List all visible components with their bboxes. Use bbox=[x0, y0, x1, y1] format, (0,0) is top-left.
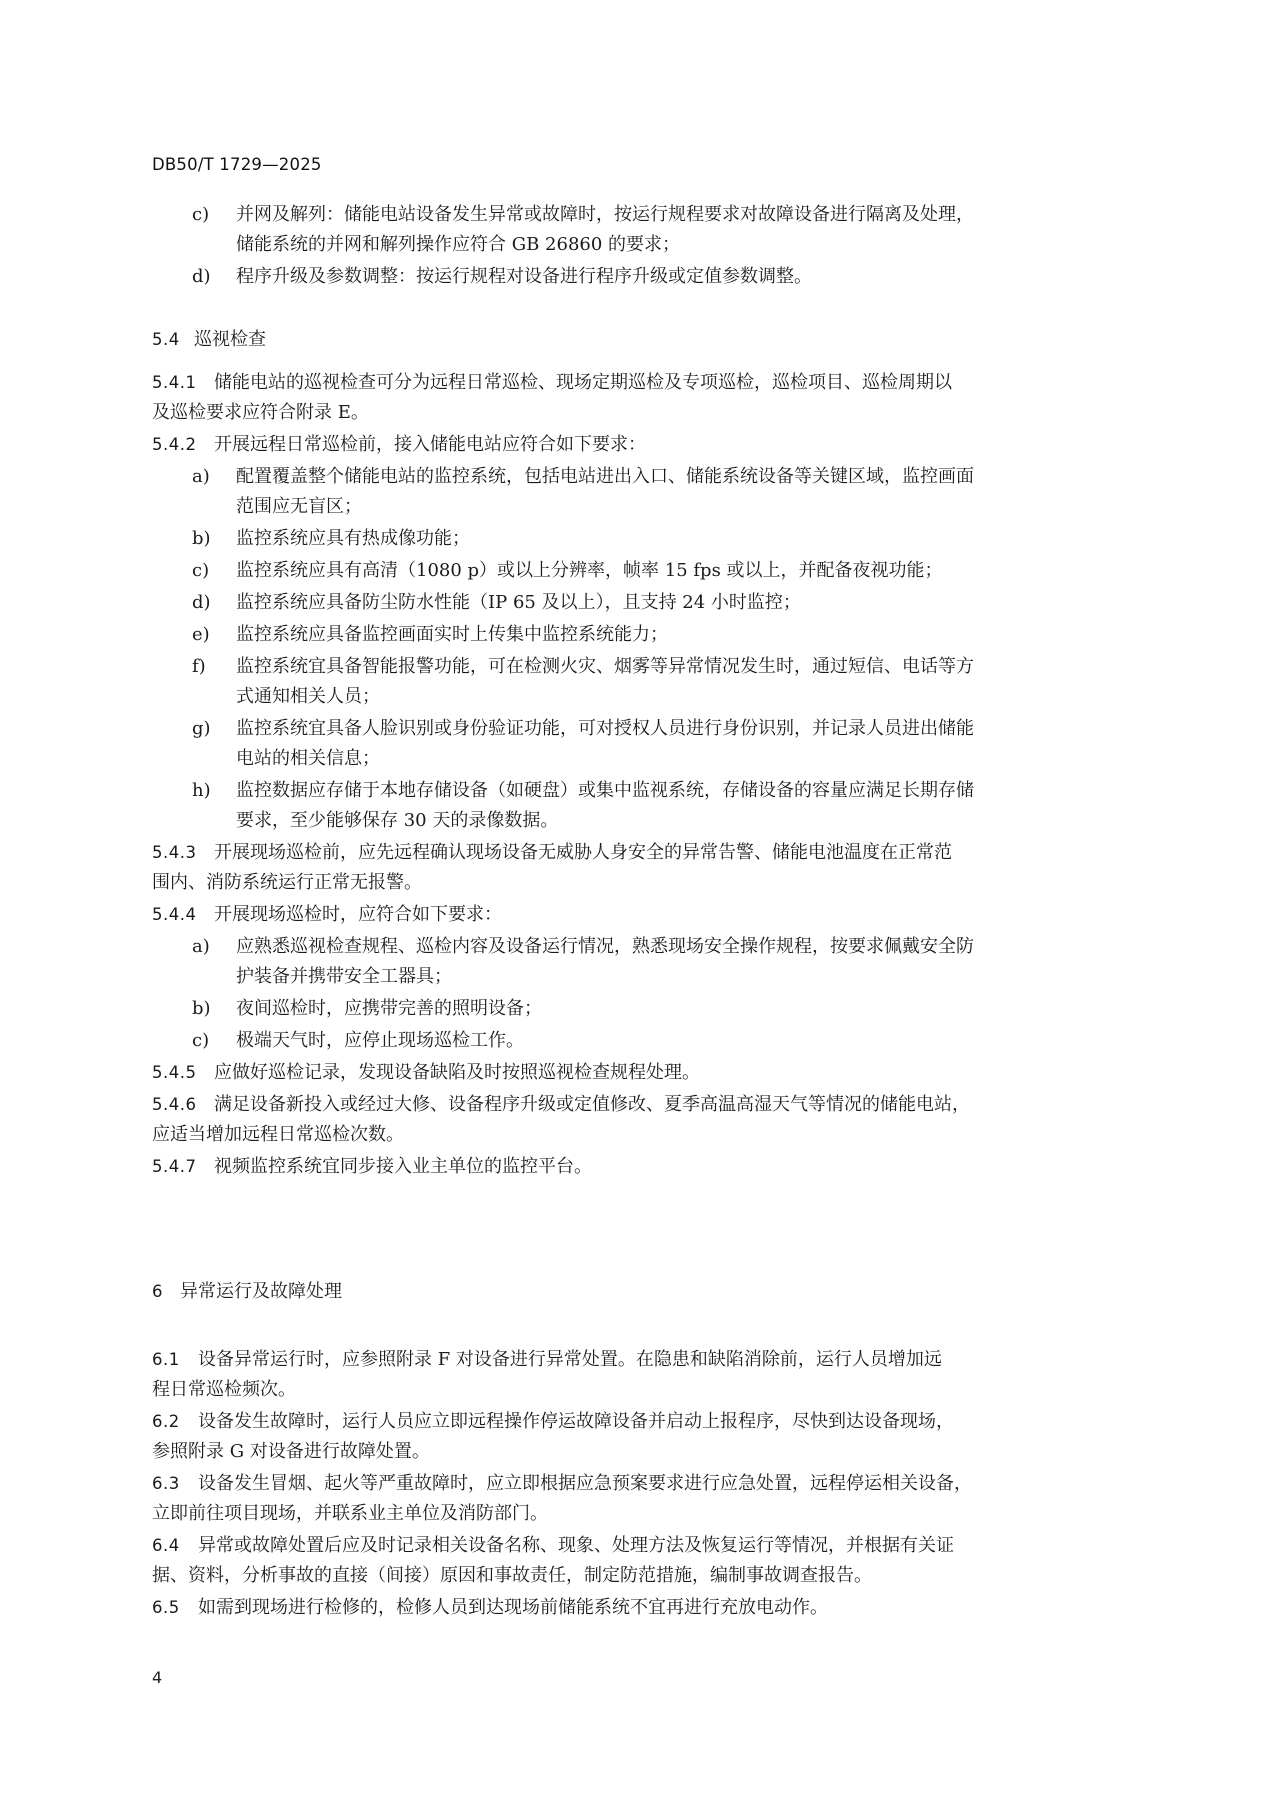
clause-number: 5.4.6 bbox=[152, 1090, 214, 1120]
list-label: c) bbox=[192, 200, 209, 230]
list-text: 监控系统应具备防尘防水性能（IP 65 及以上），且支持 24 小时监控； bbox=[236, 588, 801, 618]
section-title: 巡视检查 bbox=[194, 329, 266, 350]
list-text: 应熟悉巡视检查规程、巡检内容及设备运行情况，熟悉现场安全操作规程，按要求佩戴安全… bbox=[236, 932, 974, 962]
list-label: d) bbox=[192, 588, 211, 618]
clause-text: 开展现场巡检前，应先远程确认现场设备无威胁人身安全的异常告警、储能电池温度在正常… bbox=[214, 842, 952, 863]
list-label: b) bbox=[192, 524, 211, 554]
clause-number: 5.4.4 bbox=[152, 900, 214, 930]
clause-number: 6.5 bbox=[152, 1593, 198, 1623]
section-number: 5.4 bbox=[152, 325, 194, 355]
list-text: 要求，至少能够保存 30 天的录像数据。 bbox=[236, 806, 558, 836]
list-label: f) bbox=[192, 652, 206, 682]
list-text: 式通知相关人员； bbox=[236, 682, 380, 712]
list-text: 夜间巡检时，应携带完善的照明设备； bbox=[236, 994, 542, 1024]
clause-text: 应做好巡检记录，发现设备缺陷及时按照巡视检查规程处理。 bbox=[214, 1062, 700, 1083]
list-text: 监控系统应具备监控画面实时上传集中监控系统能力； bbox=[236, 620, 668, 650]
clause-text: 应适当增加远程日常巡检次数。 bbox=[152, 1120, 404, 1150]
clause-text: 满足设备新投入或经过大修、设备程序升级或定值修改、夏季高温高湿天气等情况的储能电… bbox=[214, 1094, 970, 1115]
clause-text: 储能电站的巡视检查可分为远程日常巡检、现场定期巡检及专项巡检，巡检项目、巡检周期… bbox=[214, 372, 952, 393]
section-number: 6 bbox=[152, 1277, 180, 1307]
list-text: 监控系统宜具备智能报警功能，可在检测火灾、烟雾等异常情况发生时，通过短信、电话等… bbox=[236, 652, 974, 682]
list-label: d) bbox=[192, 262, 211, 292]
clause-number: 6.4 bbox=[152, 1531, 198, 1561]
document-code: DB50/T 1729—2025 bbox=[152, 155, 322, 174]
list-text: 配置覆盖整个储能电站的监控系统，包括电站进出入口、储能系统设备等关键区域，监控画… bbox=[236, 462, 974, 492]
clause-number: 6.2 bbox=[152, 1407, 198, 1437]
clause-number: 5.4.1 bbox=[152, 368, 214, 398]
clause-text: 程日常巡检频次。 bbox=[152, 1375, 296, 1405]
clause-text: 开展现场巡检时，应符合如下要求： bbox=[214, 904, 502, 925]
list-text: 监控系统应具有高清（1080 p）或以上分辨率，帧率 15 fps 或以上，并配… bbox=[236, 556, 943, 586]
list-text: 监控系统宜具备人脸识别或身份验证功能，可对授权人员进行身份识别，并记录人员进出储… bbox=[236, 714, 974, 744]
list-text: 程序升级及参数调整：按运行规程对设备进行程序升级或定值参数调整。 bbox=[236, 262, 812, 292]
clause-number: 5.4.2 bbox=[152, 430, 214, 460]
clause-text: 及巡检要求应符合附录 E。 bbox=[152, 398, 369, 428]
list-label: c) bbox=[192, 1026, 209, 1056]
section-title: 异常运行及故障处理 bbox=[180, 1281, 342, 1302]
list-text: 护装备并携带安全工器具； bbox=[236, 962, 452, 992]
clause-text: 如需到现场进行检修的，检修人员到达现场前储能系统不宜再进行充放电动作。 bbox=[198, 1597, 828, 1618]
page-number: 4 bbox=[152, 1668, 162, 1687]
clause-text: 设备发生冒烟、起火等严重故障时，应立即根据应急预案要求进行应急处置，远程停运相关… bbox=[198, 1473, 972, 1494]
clause-text: 参照附录 G 对设备进行故障处置。 bbox=[152, 1437, 430, 1467]
clause-number: 6.3 bbox=[152, 1469, 198, 1499]
list-label: h) bbox=[192, 776, 211, 806]
clause-text: 设备异常运行时，应参照附录 F 对设备进行异常处置。在隐患和缺陷消除前，运行人员… bbox=[198, 1349, 942, 1370]
section-heading-5-4: 5.4巡视检查 bbox=[152, 325, 266, 355]
list-label: e) bbox=[192, 620, 210, 650]
list-label: a) bbox=[192, 932, 210, 962]
clause-text: 围内、消防系统运行正常无报警。 bbox=[152, 868, 422, 898]
list-text: 电站的相关信息； bbox=[236, 744, 380, 774]
list-text: 范围应无盲区； bbox=[236, 492, 362, 522]
list-text: 储能系统的并网和解列操作应符合 GB 26860 的要求； bbox=[236, 230, 680, 260]
clause-text: 视频监控系统宜同步接入业主单位的监控平台。 bbox=[214, 1156, 592, 1177]
clause-number: 5.4.7 bbox=[152, 1152, 214, 1182]
clause-number: 5.4.3 bbox=[152, 838, 214, 868]
clause-text: 据、资料，分析事故的直接（间接）原因和事故责任，制定防范措施，编制事故调查报告。 bbox=[152, 1561, 872, 1591]
section-heading-6: 6异常运行及故障处理 bbox=[152, 1277, 342, 1307]
list-text: 极端天气时，应停止现场巡检工作。 bbox=[236, 1026, 524, 1056]
clause-text: 设备发生故障时，运行人员应立即远程操作停运故障设备并启动上报程序，尽快到达设备现… bbox=[198, 1411, 954, 1432]
list-label: g) bbox=[192, 714, 211, 744]
clause-text: 立即前往项目现场，并联系业主单位及消防部门。 bbox=[152, 1499, 548, 1529]
clause-number: 6.1 bbox=[152, 1345, 198, 1375]
list-label: a) bbox=[192, 462, 210, 492]
clause-text: 开展远程日常巡检前，接入储能电站应符合如下要求： bbox=[214, 434, 646, 455]
list-label: b) bbox=[192, 994, 211, 1024]
list-label: c) bbox=[192, 556, 209, 586]
clause-number: 5.4.5 bbox=[152, 1058, 214, 1088]
list-text: 并网及解列：储能电站设备发生异常或故障时，按运行规程要求对故障设备进行隔离及处理… bbox=[236, 200, 974, 230]
list-text: 监控数据应存储于本地存储设备（如硬盘）或集中监视系统，存储设备的容量应满足长期存… bbox=[236, 776, 974, 806]
clause-text: 异常或故障处置后应及时记录相关设备名称、现象、处理方法及恢复运行等情况，并根据有… bbox=[198, 1535, 954, 1556]
list-text: 监控系统应具有热成像功能； bbox=[236, 524, 470, 554]
